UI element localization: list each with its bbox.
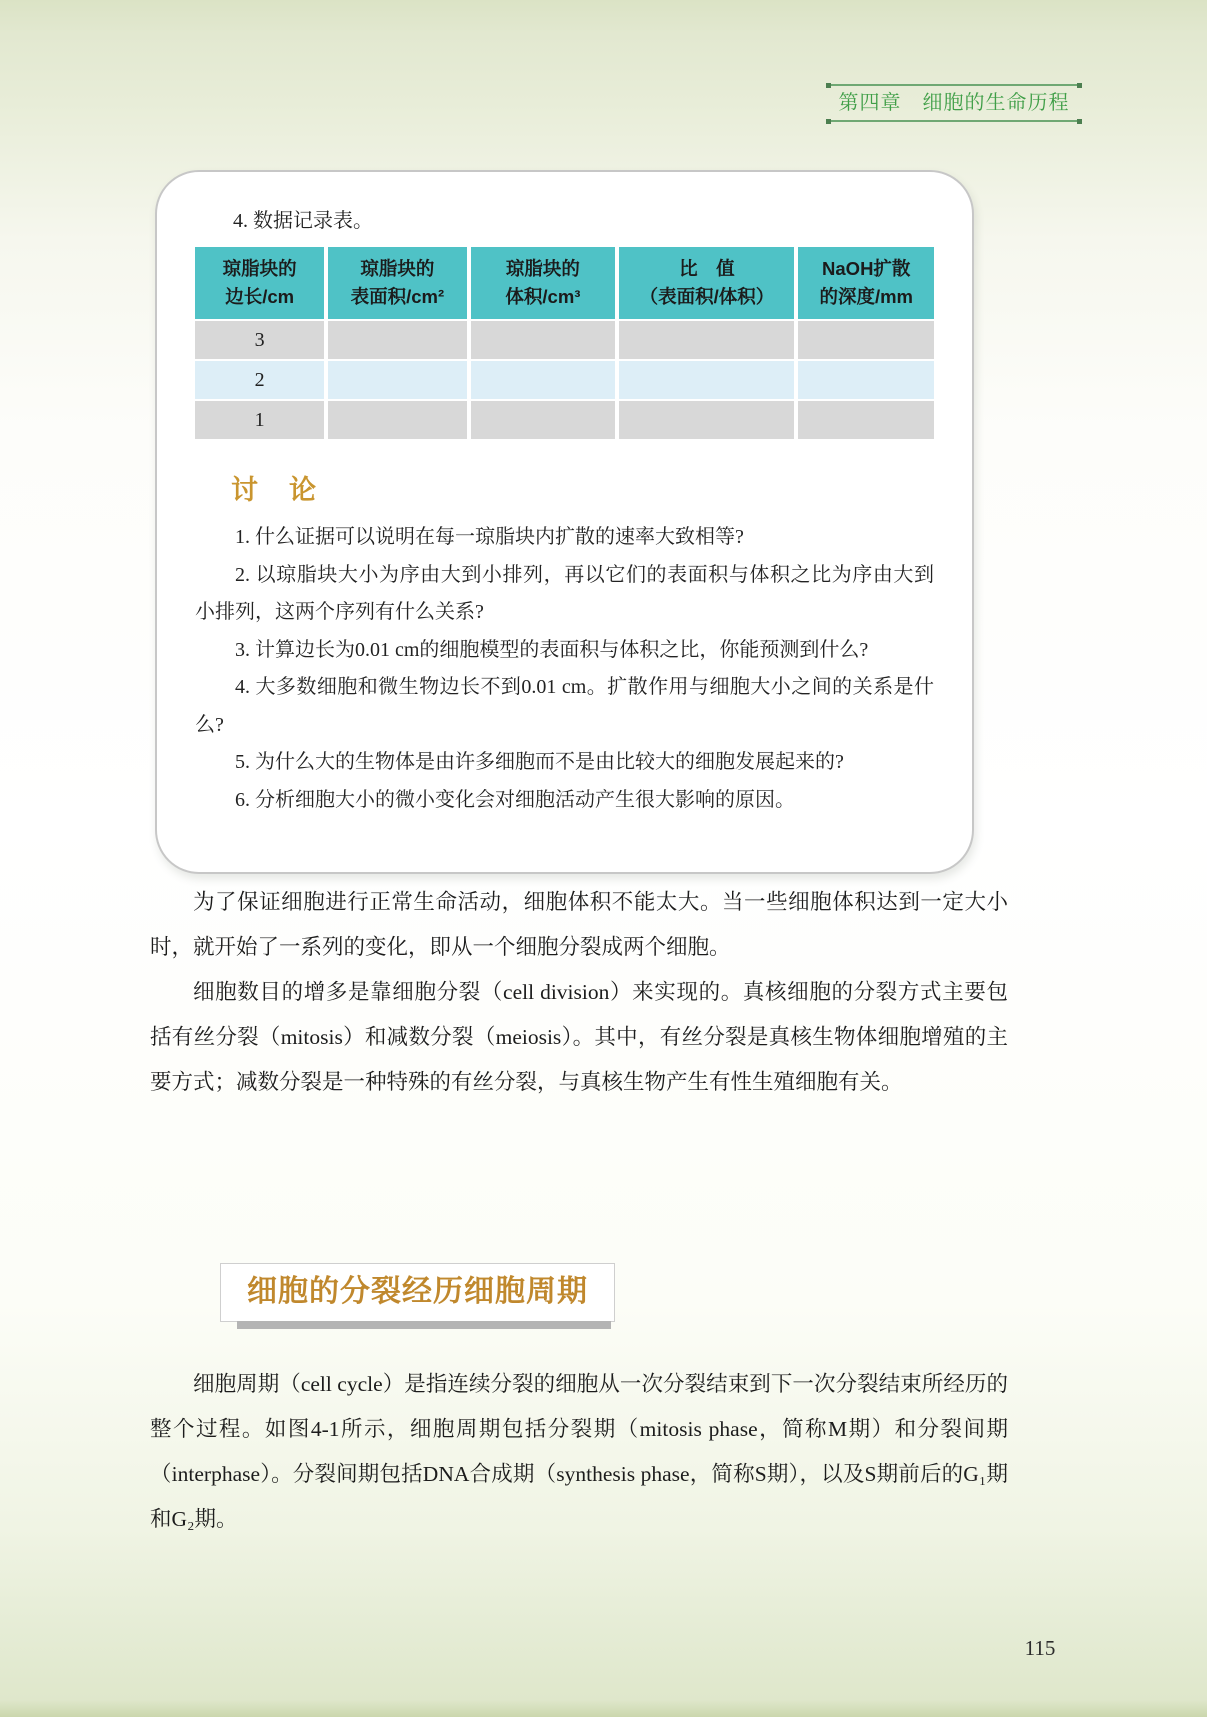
table-row: 2 [195,361,934,399]
discussion-question: 1. 什么证据可以说明在每一琼脂块内扩散的速率大致相等? [195,519,934,557]
header-rule-bottom [828,120,1080,122]
header-line: 琼脂块的 [506,255,580,283]
body-paragraph: 为了保证细胞进行正常生命活动，细胞体积不能太大。当一些细胞体积达到一定大小时，就… [150,880,1008,970]
table-header-cell: NaOH扩散 的深度/mm [798,247,934,319]
closing-text: 细胞周期（cell cycle）是指连续分裂的细胞从一次分裂结束到下一次分裂结束… [150,1362,1008,1542]
cell-edge-length: 3 [195,321,324,359]
activity-card: 4. 数据记录表。 琼脂块的 边长/cm 琼脂块的 表面积/cm² 琼脂块的 体… [155,170,974,874]
cell-empty [619,361,794,399]
table-header-cell: 琼脂块的 表面积/cm² [328,247,466,319]
cell-empty [798,321,934,359]
table-header-cell: 琼脂块的 边长/cm [195,247,324,319]
section-heading-box: 细胞的分裂经历细胞周期 [220,1263,615,1322]
discussion-heading: 讨 论 [231,473,934,507]
table-header-cell: 比 值 （表面积/体积） [619,247,794,319]
table-header-row: 琼脂块的 边长/cm 琼脂块的 表面积/cm² 琼脂块的 体积/cm³ 比 值 … [195,247,934,319]
header-line: 边长/cm [225,283,294,311]
table-caption: 4. 数据记录表。 [233,208,934,234]
cell-empty [328,321,466,359]
discussion-question: 5. 为什么大的生物体是由许多细胞而不是由比较大的细胞发展起来的? [195,744,934,782]
body-paragraph: 细胞周期（cell cycle）是指连续分裂的细胞从一次分裂结束到下一次分裂结束… [150,1362,1008,1542]
header-line: 琼脂块的 [223,255,297,283]
table-row: 1 [195,401,934,439]
cell-empty [619,321,794,359]
header-line: 的深度/mm [819,283,913,311]
page-number: 115 [1000,1636,1080,1661]
table-header-cell: 琼脂块的 体积/cm³ [471,247,616,319]
discussion-question: 4. 大多数细胞和微生物边长不到0.01 cm。扩散作用与细胞大小之间的关系是什… [195,669,934,744]
table-row: 3 [195,321,934,359]
cell-empty [471,321,616,359]
discussion-question: 6. 分析细胞大小的微小变化会对细胞活动产生很大影响的原因。 [195,782,934,820]
header-line: 比 值 [679,255,735,283]
cell-empty [328,361,466,399]
chapter-title: 第四章 细胞的生命历程 [828,86,1080,120]
cell-edge-length: 1 [195,401,324,439]
cell-empty [798,361,934,399]
discussion-question: 2. 以琼脂块大小为序由大到小排列，再以它们的表面积与体积之比为序由大到小排列，… [195,557,934,632]
header-line: 体积/cm³ [505,283,580,311]
header-line: 琼脂块的 [360,255,434,283]
section-heading-text: 细胞的分裂经历细胞周期 [247,1275,588,1308]
cell-empty [328,401,466,439]
textbook-page: 第四章 细胞的生命历程 4. 数据记录表。 琼脂块的 边长/cm 琼脂块的 表面… [0,0,1207,1717]
header-line: （表面积/体积） [640,283,775,311]
cell-empty [619,401,794,439]
discussion-questions: 1. 什么证据可以说明在每一琼脂块内扩散的速率大致相等? 2. 以琼脂块大小为序… [195,519,934,819]
cell-empty [798,401,934,439]
body-text: 为了保证细胞进行正常生命活动，细胞体积不能太大。当一些细胞体积达到一定大小时，就… [150,880,1008,1105]
cell-edge-length: 2 [195,361,324,399]
chapter-header: 第四章 细胞的生命历程 [828,84,1080,122]
header-rule-top [828,84,1080,86]
header-line: NaOH扩散 [822,255,910,283]
discussion-question: 3. 计算边长为0.01 cm的细胞模型的表面积与体积之比，你能预测到什么? [195,632,934,670]
cell-empty [471,361,616,399]
header-line: 表面积/cm² [351,283,445,311]
body-paragraph: 细胞数目的增多是靠细胞分裂（cell division）来实现的。真核细胞的分裂… [150,970,1008,1105]
cell-empty [471,401,616,439]
data-record-table: 琼脂块的 边长/cm 琼脂块的 表面积/cm² 琼脂块的 体积/cm³ 比 值 … [195,247,934,439]
